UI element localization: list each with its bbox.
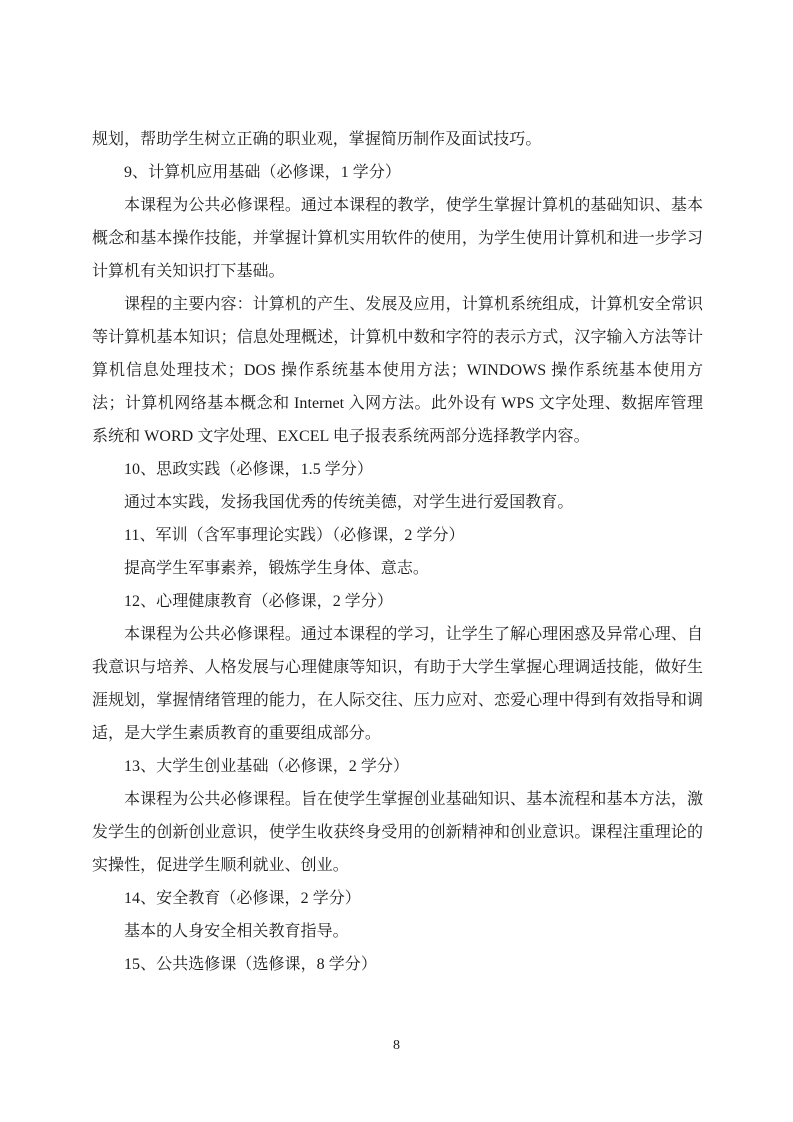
- paragraph: 课程的主要内容：计算机的产生、发展及应用，计算机系统组成，计算机安全常识等计算机…: [92, 288, 703, 453]
- paragraph: 通过本实践，发扬我国优秀的传统美德，对学生进行爱国教育。: [92, 486, 703, 519]
- paragraph: 规划，帮助学生树立正确的职业观，掌握简历制作及面试技巧。: [92, 123, 703, 156]
- paragraph: 基本的人身安全相关教育指导。: [92, 915, 703, 948]
- paragraph: 11、军训（含军事理论实践）（必修课，2 学分）: [92, 519, 703, 552]
- document-content: 规划，帮助学生树立正确的职业观，掌握简历制作及面试技巧。9、计算机应用基础（必修…: [92, 123, 703, 981]
- paragraph: 10、思政实践（必修课，1.5 学分）: [92, 453, 703, 486]
- paragraph: 提高学生军事素养，锻炼学生身体、意志。: [92, 552, 703, 585]
- page-number: 8: [393, 1038, 400, 1053]
- document-page: 规划，帮助学生树立正确的职业观，掌握简历制作及面试技巧。9、计算机应用基础（必修…: [0, 0, 793, 1122]
- paragraph: 本课程为公共必修课程。通过本课程的学习，让学生了解心理困惑及异常心理、自我意识与…: [92, 618, 703, 750]
- paragraph: 本课程为公共必修课程。通过本课程的教学，使学生掌握计算机的基础知识、基本概念和基…: [92, 189, 703, 288]
- paragraph: 本课程为公共必修课程。旨在使学生掌握创业基础知识、基本流程和基本方法，激发学生的…: [92, 783, 703, 882]
- paragraph: 9、计算机应用基础（必修课，1 学分）: [92, 156, 703, 189]
- paragraph: 15、公共选修课（选修课，8 学分）: [92, 948, 703, 981]
- paragraph: 14、安全教育（必修课，2 学分）: [92, 882, 703, 915]
- paragraph: 12、心理健康教育（必修课，2 学分）: [92, 585, 703, 618]
- page-footer: 8: [0, 1036, 793, 1056]
- paragraph: 13、大学生创业基础（必修课，2 学分）: [92, 750, 703, 783]
